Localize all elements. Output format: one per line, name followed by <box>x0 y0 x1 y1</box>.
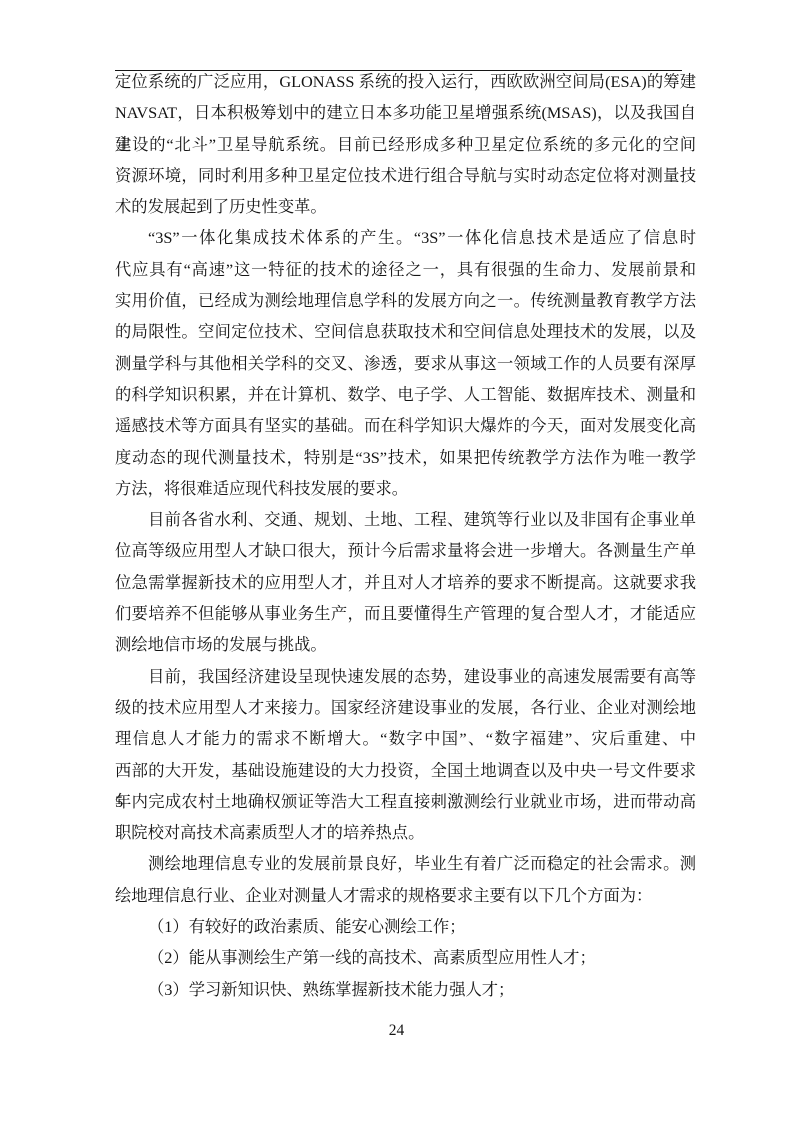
text-line: 建设的“北斗”卫星导航系统。目前已经形成多种卫星定位系统的多元化的空间 <box>115 129 696 160</box>
text-line: 理信息人才能力的需求不断增大。“数字中国”、“数字福建”、灾后重建、中 <box>115 723 696 754</box>
text-line: 位高等级应用型人才缺口很大，预计今后需求量将会进一步增大。各测量生产单 <box>115 535 696 566</box>
text-line: 西部的大开发，基础设施建设的大力投资，全国土地调查以及中央一号文件要求 5 <box>115 755 696 786</box>
page-number: 24 <box>0 1021 793 1041</box>
document-body: 定位系统的广泛应用，GLONASS 系统的投入运行，西欧欧洲空间局(ESA)的筹… <box>115 66 696 1005</box>
text-line: 定位系统的广泛应用，GLONASS 系统的投入运行，西欧欧洲空间局(ESA)的筹… <box>115 66 696 97</box>
text-line: NAVSAT，日本积极筹划中的建立日本多功能卫星增强系统(MSAS)，以及我国自… <box>115 97 696 128</box>
text-line: 绘地理信息行业、企业对测量人才需求的规格要求主要有以下几个方面为： <box>115 880 696 911</box>
text-line: 遥感技术等方面具有坚实的基础。而在科学知识大爆炸的今天，面对发展变化高 <box>115 410 696 441</box>
list-item: （3）学习新知识快、熟练掌握新技术能力强人才； <box>115 974 696 1005</box>
text-line: 资源环境，同时利用多种卫星定位技术进行组合导航与实时动态定位将对测量技 <box>115 160 696 191</box>
text-line: 方法，将很难适应现代科技发展的要求。 <box>115 473 696 504</box>
text-line: 目前各省水利、交通、规划、土地、工程、建筑等行业以及非国有企事业单 <box>115 504 696 535</box>
list-item: （2）能从事测绘生产第一线的高技术、高素质型应用性人才； <box>115 942 696 973</box>
text-line: 的科学知识积累，并在计算机、数学、电子学、人工智能、数据库技术、测量和 <box>115 379 696 410</box>
text-line: 代应具有“高速”这一特征的技术的途径之一，具有很强的生命力、发展前景和 <box>115 254 696 285</box>
text-line: “3S”一体化集成技术体系的产生。“3S”一体化信息技术是适应了信息时 <box>115 222 696 253</box>
text-line: 度动态的现代测量技术，特别是“3S”技术，如果把传统教学方法作为唯一教学 <box>115 442 696 473</box>
text-line: 的局限性。空间定位技术、空间信息获取技术和空间信息处理技术的发展，以及 <box>115 316 696 347</box>
text-line: 位急需掌握新技术的应用型人才，并且对人才培养的要求不断提高。这就要求我 <box>115 567 696 598</box>
text-line: 测绘地信市场的发展与挑战。 <box>115 629 696 660</box>
text-line: 目前，我国经济建设呈现快速发展的态势，建设事业的高速发展需要有高等 <box>115 661 696 692</box>
text-line: 级的技术应用型人才来接力。国家经济建设事业的发展，各行业、企业对测绘地 <box>115 692 696 723</box>
text-line: 测绘地理信息专业的发展前景良好，毕业生有着广泛而稳定的社会需求。测 <box>115 848 696 879</box>
list-item: （1）有较好的政治素质、能安心测绘工作； <box>115 911 696 942</box>
text-line: 职院校对高技术高素质型人才的培养热点。 <box>115 817 696 848</box>
text-line: 年内完成农村土地确权颁证等浩大工程直接刺激测绘行业就业市场，进而带动高 <box>115 786 696 817</box>
text-line: 测量学科与其他相关学科的交叉、渗透，要求从事这一领域工作的人员要有深厚 <box>115 348 696 379</box>
text-line: 们要培养不但能够从事业务生产，而且要懂得生产管理的复合型人才，才能适应 <box>115 598 696 629</box>
document-page: 定位系统的广泛应用，GLONASS 系统的投入运行，西欧欧洲空间局(ESA)的筹… <box>0 0 793 1122</box>
text-line: 实用价值，已经成为测绘地理信息学科的发展方向之一。传统测量教育教学方法 <box>115 285 696 316</box>
text-line: 术的发展起到了历史性变革。 <box>115 191 696 222</box>
